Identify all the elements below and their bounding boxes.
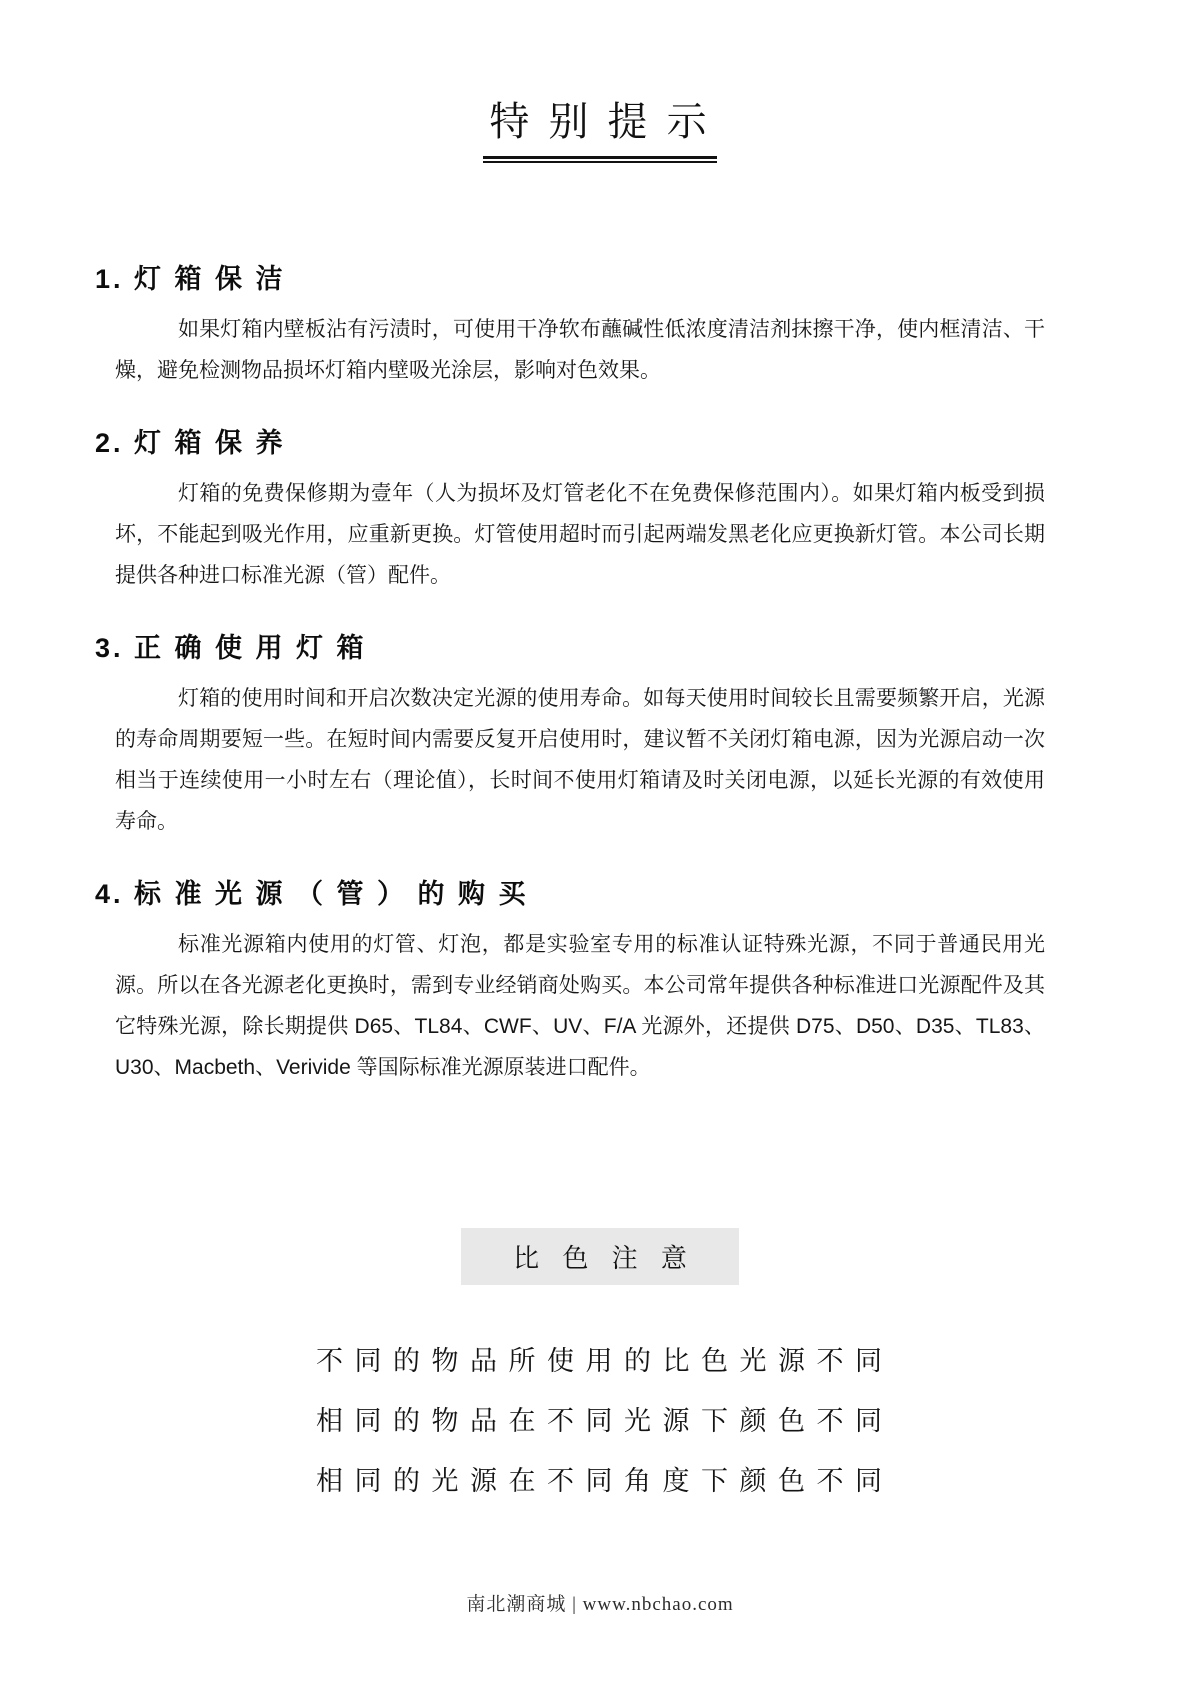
page-footer: 南北潮商城 | www.nbchao.com <box>0 1589 1200 1616</box>
section-heading-correct-usage: 3. 正 确 使 用 灯 箱 <box>95 630 1200 666</box>
color-comparison-notes: 不 同 的 物 品 所 使 用 的 比 色 光 源 不 同 相 同 的 物 品 … <box>0 1331 1200 1511</box>
section-body-lightbox-maintenance: 灯箱的免费保修期为壹年（人为损坏及灯管老化不在免费保修范围内）。如果灯箱内板受到… <box>115 473 1045 596</box>
section-heading-lightbox-maintenance: 2. 灯 箱 保 养 <box>95 425 1200 461</box>
comparison-note-line-1: 不 同 的 物 品 所 使 用 的 比 色 光 源 不 同 <box>0 1331 1200 1391</box>
section-correct-usage: 3. 正 确 使 用 灯 箱 灯箱的使用时间和开启次数决定光源的使用寿命。如每天… <box>0 630 1200 842</box>
color-comparison-notice: 比 色 注 意 <box>0 1228 1200 1285</box>
section-body-lamp-purchase: 标准光源箱内使用的灯管、灯泡，都是实验室专用的标准认证特殊光源，不同于普通民用光… <box>115 924 1045 1088</box>
comparison-note-line-3: 相 同 的 光 源 在 不 同 角 度 下 颜 色 不 同 <box>0 1451 1200 1511</box>
section-lightbox-maintenance: 2. 灯 箱 保 养 灯箱的免费保修期为壹年（人为损坏及灯管老化不在免费保修范围… <box>0 425 1200 596</box>
section-heading-lamp-purchase: 4. 标 准 光 源 （ 管 ） 的 购 买 <box>95 876 1200 912</box>
document-page: 特 别 提 示 1. 灯 箱 保 洁 如果灯箱内壁板沾有污渍时，可使用干净软布蘸… <box>0 0 1200 1697</box>
section-lightbox-cleaning: 1. 灯 箱 保 洁 如果灯箱内壁板沾有污渍时，可使用干净软布蘸碱性低浓度清洁剂… <box>0 261 1200 391</box>
section-body-correct-usage: 灯箱的使用时间和开启次数决定光源的使用寿命。如每天使用时间较长且需要频繁开启，光… <box>115 678 1045 842</box>
page-title-text: 特 别 提 示 <box>483 90 716 159</box>
footer-brand-url: 南北潮商城 | www.nbchao.com <box>466 1594 733 1615</box>
comparison-note-line-2: 相 同 的 物 品 在 不 同 光 源 下 颜 色 不 同 <box>0 1391 1200 1451</box>
page-title: 特 别 提 示 <box>0 90 1200 159</box>
section-heading-lightbox-cleaning: 1. 灯 箱 保 洁 <box>95 261 1200 297</box>
color-comparison-notice-label: 比 色 注 意 <box>461 1228 739 1285</box>
section-lamp-purchase: 4. 标 准 光 源 （ 管 ） 的 购 买 标准光源箱内使用的灯管、灯泡，都是… <box>0 876 1200 1088</box>
section-body-lightbox-cleaning: 如果灯箱内壁板沾有污渍时，可使用干净软布蘸碱性低浓度清洁剂抹擦干净，使内框清洁、… <box>115 309 1045 391</box>
